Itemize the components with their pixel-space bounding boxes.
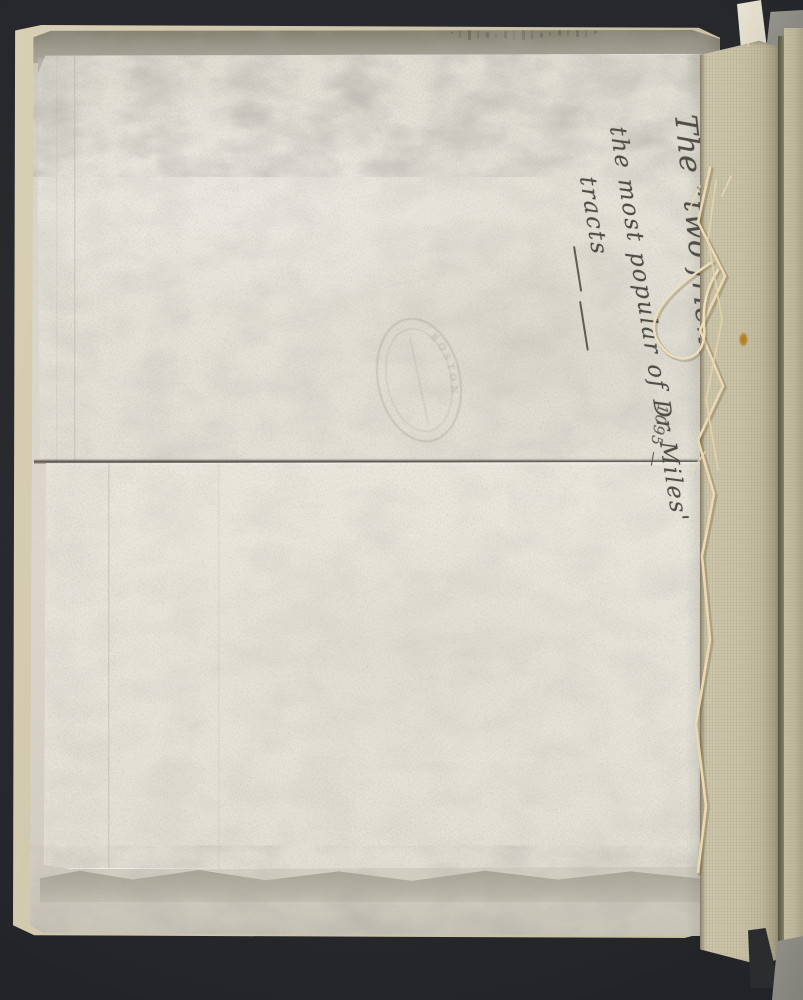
paper-mottle [44, 462, 702, 869]
cloth-binding-strip [700, 40, 780, 966]
paper-grain [44, 462, 702, 869]
fold-line-lower-2 [218, 462, 220, 869]
fold-line-lower [108, 462, 110, 869]
document-photo: BOSTON The “two friends” the most popula… [30, 30, 720, 936]
fold-line-upper [74, 54, 76, 462]
paper-mottle [36, 54, 708, 462]
photo-backdrop: BOSTON The “two friends” the most popula… [0, 0, 803, 1000]
svg-text:BOSTON: BOSTON [427, 330, 462, 401]
paper-grain [36, 54, 708, 462]
deckle-edge [40, 868, 704, 902]
fold-line-upper-2 [56, 54, 58, 462]
stain-spot [737, 329, 750, 350]
cloth-binding-right [784, 28, 803, 978]
upper-leaf [36, 54, 708, 462]
stamp-text: BOSTON [427, 330, 462, 401]
lower-leaf [44, 462, 702, 869]
